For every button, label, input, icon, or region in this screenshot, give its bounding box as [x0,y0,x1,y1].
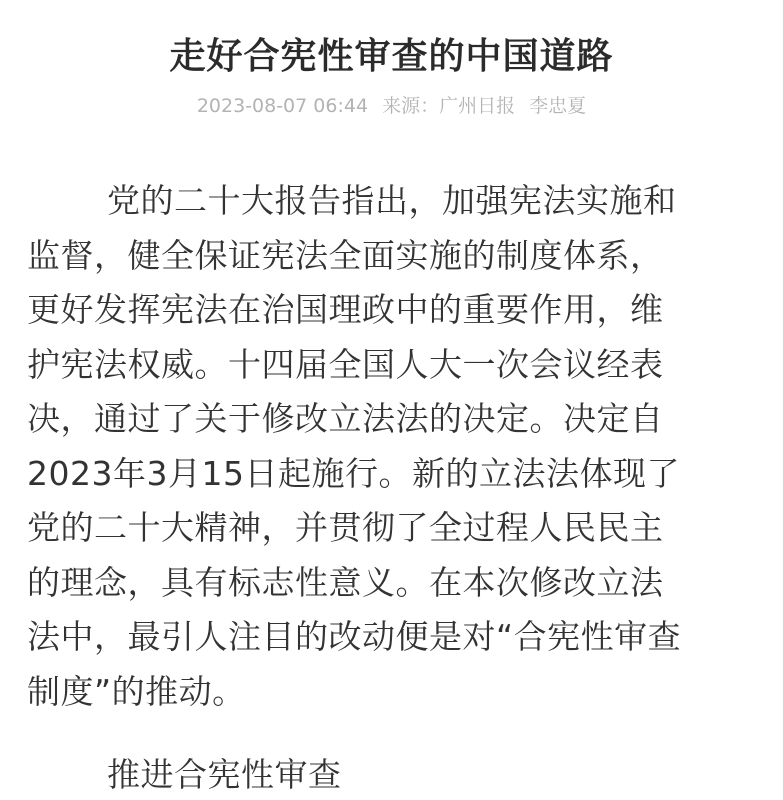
article-body: 党的二十大报告指出，加强宪法实施和 监督，健全保证宪法全面实施的制度体系， 更好… [27,174,767,719]
article-title: 走好合宪性审查的中国道路 [0,32,783,82]
article-meta: 2023-08-07 06:44 来源：广州日报 李忠夏 [0,92,783,120]
paragraph-line: 党的二十大精神，并贯彻了全过程人民民主 [27,501,767,556]
source-label: 来源： [382,95,439,117]
paragraph-line: 党的二十大报告指出，加强宪法实施和 [27,174,767,229]
paragraph-line: 2023年3月15日起施行。新的立法法体现了 [27,447,767,502]
paragraph-line: 监督，健全保证宪法全面实施的制度体系， [27,229,767,284]
author-name: 李忠夏 [529,95,586,117]
paragraph-line: 护宪法权威。十四届全国人大一次会议经表 [27,338,767,393]
paragraph-line: 决，通过了关于修改立法法的决定。决定自 [27,392,767,447]
paragraph-line: 制度”的推动。 [27,665,767,720]
publish-datetime: 2023-08-07 06:44 [197,95,368,117]
paragraph-line: 法中，最引人注目的改动便是对“合宪性审查 [27,610,767,665]
paragraph-line: 的理念，具有标志性意义。在本次修改立法 [27,556,767,611]
source-name: 广州日报 [439,95,515,117]
paragraph-line: 更好发挥宪法在治国理政中的重要作用，维 [27,283,767,338]
source-info: 来源：广州日报 [382,95,515,117]
section-heading: 推进合宪性审查 [107,750,342,800]
